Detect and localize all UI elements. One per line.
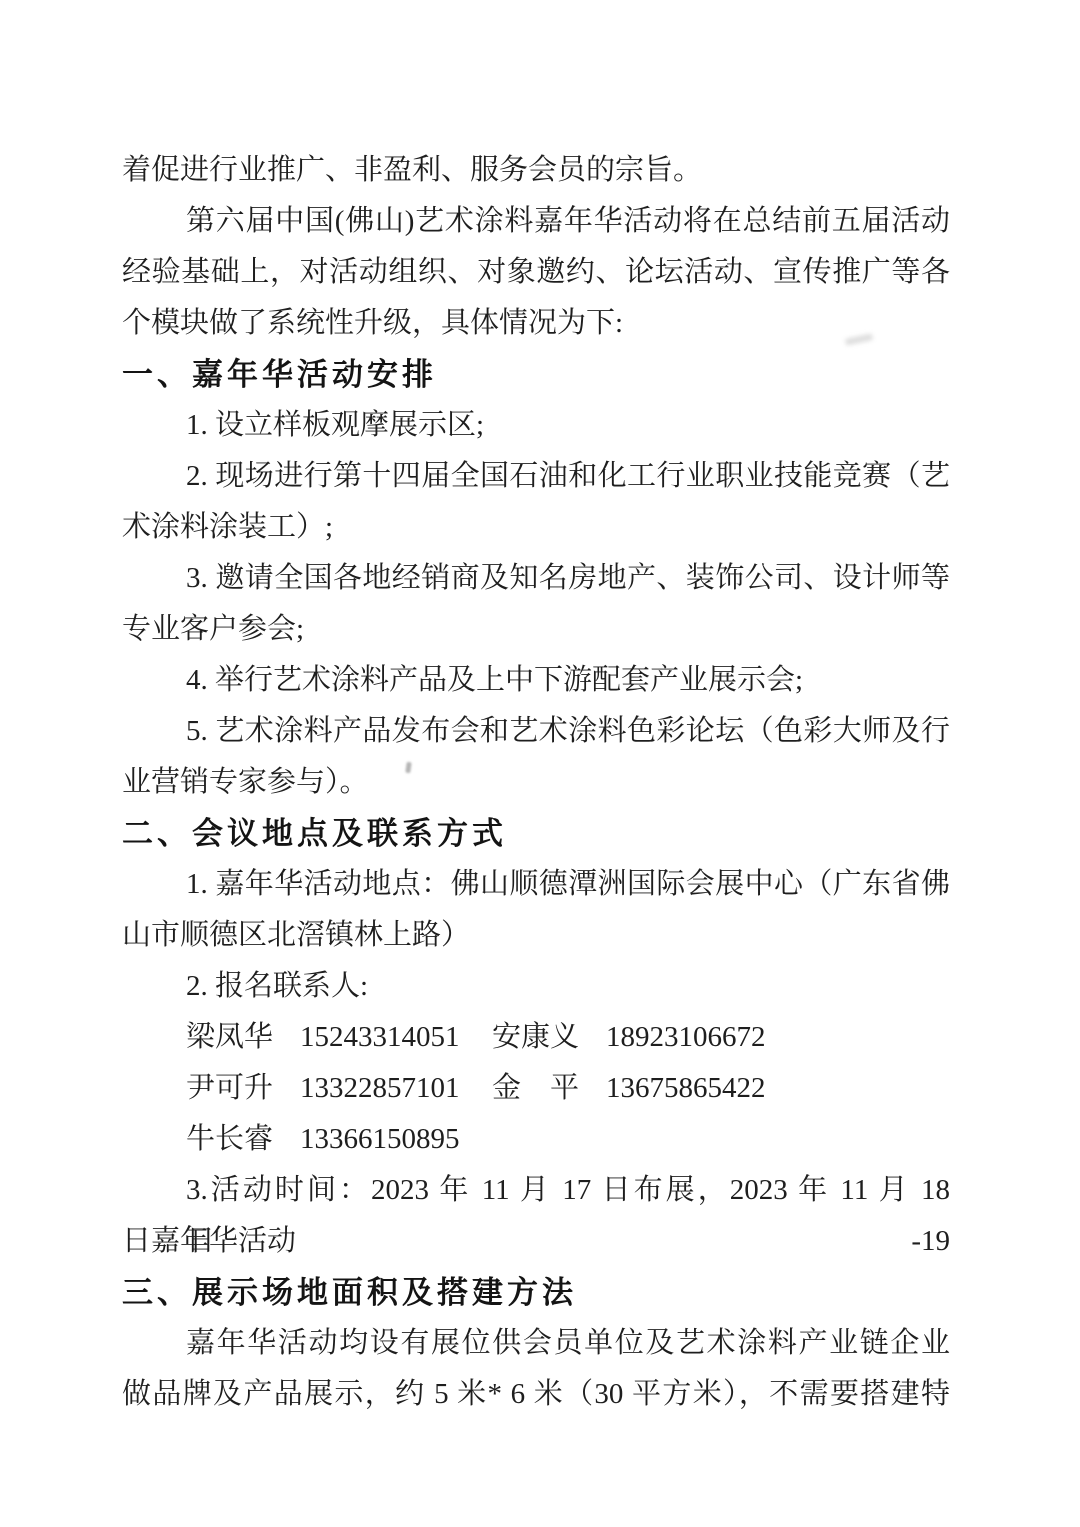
contact-phone: 13322857101 <box>300 1063 492 1114</box>
contact-row: 牛长睿13366150895 <box>122 1114 950 1165</box>
section-3-heading: 三、展示场地面积及搭建方法 <box>122 1267 950 1318</box>
doc-line: 山市顺德区北滘镇林上路） <box>122 910 950 961</box>
contact-phone: 18923106672 <box>606 1012 798 1063</box>
contact-name: 金 平 <box>492 1063 606 1114</box>
contact-name: 尹可升 <box>186 1063 300 1114</box>
document-page: 着促进行业推广、非盈利、服务会员的宗旨。 第六届中国(佛山)艺术涂料嘉年华活动将… <box>0 0 1080 1527</box>
doc-line: 做品牌及产品展示，约 5 米* 6 米（30 平方米），不需要搭建特 <box>122 1369 950 1420</box>
doc-line: 1. 设立样板观摩展示区; <box>122 400 950 451</box>
doc-line: 1. 嘉年华活动地点：佛山顺德潭洲国际会展中心（广东省佛 <box>122 859 950 910</box>
section-2-heading: 二、会议地点及联系方式 <box>122 808 950 859</box>
doc-line: 专业客户参会; <box>122 604 950 655</box>
contact-phone: 15243314051 <box>300 1012 492 1063</box>
document-content: 着促进行业推广、非盈利、服务会员的宗旨。 第六届中国(佛山)艺术涂料嘉年华活动将… <box>122 145 950 1420</box>
section-1-heading: 一、嘉年华活动安排 <box>122 349 950 400</box>
contact-phone: 13366150895 <box>300 1114 492 1165</box>
doc-line: 着促进行业推广、非盈利、服务会员的宗旨。 <box>122 145 950 196</box>
doc-line: 术涂料涂装工）; <box>122 502 950 553</box>
contact-row: 梁凤华15243314051安康义18923106672 <box>122 1012 950 1063</box>
contact-name: 安康义 <box>492 1012 606 1063</box>
doc-line: 嘉年华活动均设有展位供会员单位及艺术涂料产业链企业 <box>122 1318 950 1369</box>
doc-line: 2. 报名联系人: <box>122 961 950 1012</box>
contact-row: 尹可升13322857101金 平13675865422 <box>122 1063 950 1114</box>
doc-line: 4. 举行艺术涂料产品及上中下游配套产业展示会; <box>122 655 950 706</box>
contact-phone: 13675865422 <box>606 1063 798 1114</box>
doc-line: 3.活动时间：2023 年 11 月 17 日布展，2023 年 11 月 18… <box>122 1165 950 1216</box>
doc-line: 2. 现场进行第十四届全国石油和化工行业职业技能竞赛（艺 <box>122 451 950 502</box>
doc-line: 业营销专家参与）。 <box>122 757 950 808</box>
doc-line: 经验基础上，对活动组织、对象邀约、论坛活动、宣传推广等各 <box>122 247 950 298</box>
doc-line: 3. 邀请全国各地经销商及知名房地产、装饰公司、设计师等 <box>122 553 950 604</box>
doc-line: 第六届中国(佛山)艺术涂料嘉年华活动将在总结前五届活动 <box>122 196 950 247</box>
doc-line: 5. 艺术涂料产品发布会和艺术涂料色彩论坛（色彩大师及行 <box>122 706 950 757</box>
contact-name: 牛长睿 <box>186 1114 300 1165</box>
contact-name: 梁凤华 <box>186 1012 300 1063</box>
doc-line: 个模块做了系统性升级，具体情况为下: <box>122 298 950 349</box>
